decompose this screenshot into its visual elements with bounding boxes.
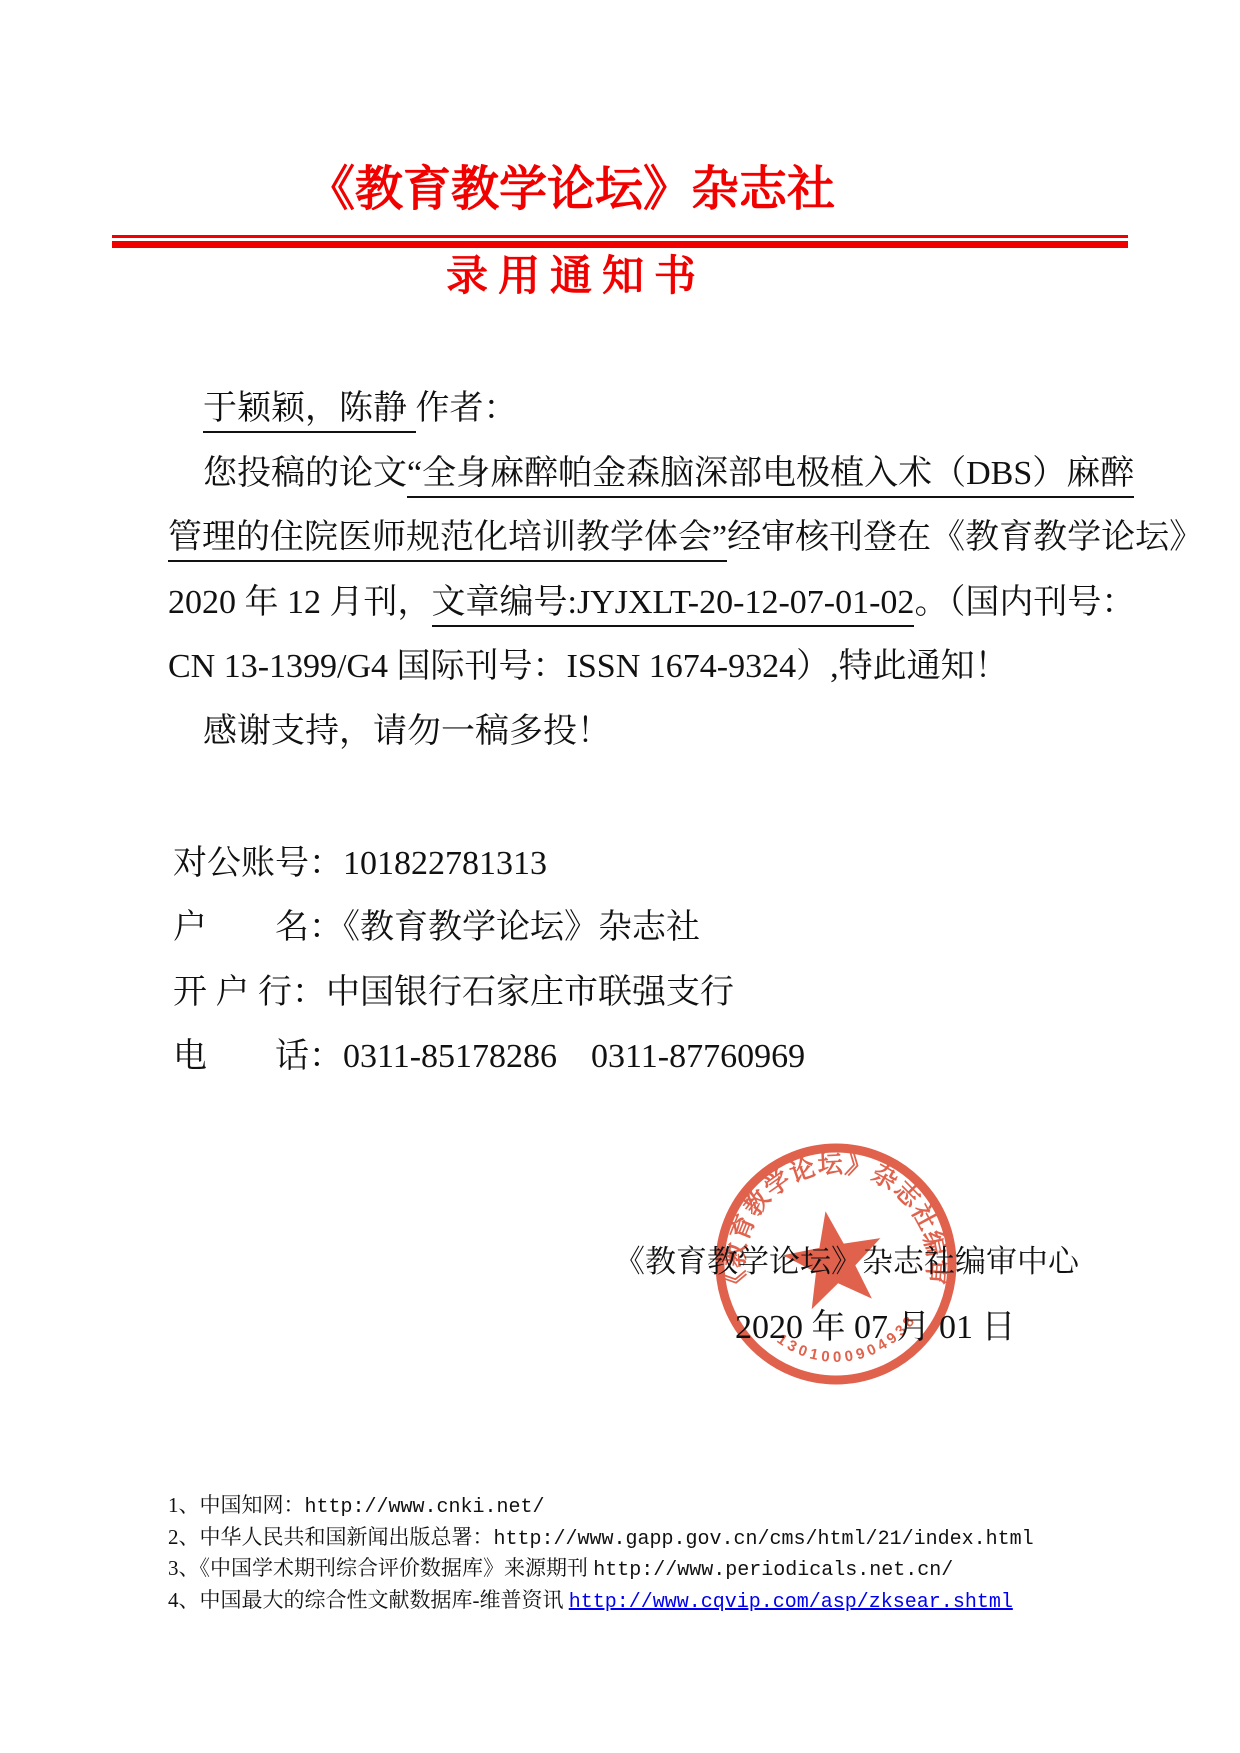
article-number-underlined: 文章编号:JYJXLT-20-12-07-01-02 (432, 584, 915, 627)
account-name-value: 《教育教学论坛》杂志社 (343, 909, 700, 946)
account-name-label: 户 名： (173, 909, 343, 946)
bank-branch-label: 开 户 行： (173, 974, 326, 1011)
author-names-underlined: 于颖颖，陈静 (203, 390, 416, 433)
account-row-name: 户 名：《教育教学论坛》杂志社 (173, 896, 805, 960)
footer-item-cqvip: 4、中国最大的综合性文献数据库-维普资讯 http://www.cqvip.co… (168, 1586, 1034, 1618)
signature-date-line: 2020 年 07 月 01 日 (735, 1299, 1016, 1348)
red-double-rule (112, 235, 1128, 248)
footer-periodicals-label: 3、《中国学术期刊综合评价数据库》来源期刊 (168, 1556, 593, 1580)
body-line-3: 管理的住院医师规范化培训教学体会”经审核刊登在《教育教学论坛》 (168, 506, 1103, 571)
footer-cnki-label: 1、中国知网： (168, 1493, 305, 1517)
account-number-label: 对公账号： (173, 845, 343, 882)
body-line-5: CN 13-1399/G4 国际刊号：ISSN 1674-9324）,特此通知！ (168, 635, 1103, 700)
salutation-line: 于颖颖，陈静 作者： (168, 377, 1103, 442)
body-line-2: 您投稿的论文“全身麻醉帕金森脑深部电极植入术（DBS）麻醉 (168, 442, 1103, 507)
footer-item-gapp: 2、中华人民共和国新闻出版总署：http://www.gapp.gov.cn/c… (168, 1523, 1034, 1555)
letter-body: 于颖颖，陈静 作者： 您投稿的论文“全身麻醉帕金森脑深部电极植入术（DBS）麻醉… (168, 377, 1103, 764)
account-number-value: 101822781313 (343, 845, 547, 882)
account-row-bank: 开 户 行：中国银行石家庄市联强支行 (173, 961, 805, 1025)
account-row-number: 对公账号：101822781313 (173, 832, 805, 896)
signature-org-line: 《教育教学论坛》杂志社编审中心 (614, 1236, 1079, 1281)
issn-notice: CN 13-1399/G4 国际刊号：ISSN 1674-9324）,特此通知！ (168, 648, 1009, 685)
thanks-note: 感谢支持，请勿一稿多投！ (203, 713, 611, 750)
subtitle-wrap: 录用通知书 (0, 250, 1142, 302)
footer-item-cnki: 1、中国知网：http://www.cnki.net/ (168, 1491, 1034, 1523)
bank-account-block: 对公账号：101822781313 户 名：《教育教学论坛》杂志社 开 户 行：… (173, 832, 805, 1089)
body-line3-plain: 经审核刊登在《教育教学论坛》 (727, 519, 1203, 556)
bank-branch-value: 中国银行石家庄市联强支行 (326, 974, 734, 1011)
body-line-6: 感谢支持，请勿一稿多投！ (168, 700, 1103, 765)
footer-item-periodicals: 3、《中国学术期刊综合评价数据库》来源期刊 http://www.periodi… (168, 1554, 1034, 1586)
footer-cqvip-link[interactable]: http://www.cqvip.com/asp/zksear.shtml (569, 1591, 1013, 1614)
body-line-4: 2020 年 12 月刊，文章编号:JYJXLT-20-12-07-01-02。… (168, 571, 1103, 636)
footer-cqvip-label: 4、中国最大的综合性文献数据库-维普资讯 (168, 1588, 569, 1612)
paper-title-part2-underlined: 管理的住院医师规范化培训教学体会” (168, 519, 727, 562)
phone-label: 电 话： (173, 1038, 343, 1075)
phone-value: 0311-85178286 0311-87760969 (343, 1038, 805, 1075)
acceptance-letter-page: { "header": { "org_title": "《教育教学论坛》杂志社"… (0, 0, 1240, 1753)
paper-title-part1-underlined: “全身麻醉帕金森脑深部电极植入术（DBS）麻醉 (407, 455, 1134, 498)
footer-gapp-label: 2、中华人民共和国新闻出版总署： (168, 1525, 494, 1549)
footer-cnki-url: http://www.cnki.net/ (305, 1496, 545, 1519)
author-label: 作者： (416, 390, 518, 427)
journal-title: 《教育教学论坛》杂志社 (0, 158, 1142, 222)
domestic-issn-label: 。（国内刊号： (914, 584, 1135, 621)
document-title: 录用通知书 (0, 250, 1142, 302)
header: 《教育教学论坛》杂志社 (0, 158, 1142, 222)
footer-gapp-url: http://www.gapp.gov.cn/cms/html/21/index… (494, 1528, 1034, 1551)
body-line2-plain: 您投稿的论文 (203, 455, 407, 492)
footer-links: 1、中国知网：http://www.cnki.net/ 2、中华人民共和国新闻出… (168, 1491, 1034, 1617)
footer-periodicals-url: http://www.periodicals.net.cn/ (593, 1559, 953, 1582)
account-row-phone: 电 话：0311-85178286 0311-87760969 (173, 1025, 805, 1089)
issue-info: 2020 年 12 月刊， (168, 584, 432, 621)
